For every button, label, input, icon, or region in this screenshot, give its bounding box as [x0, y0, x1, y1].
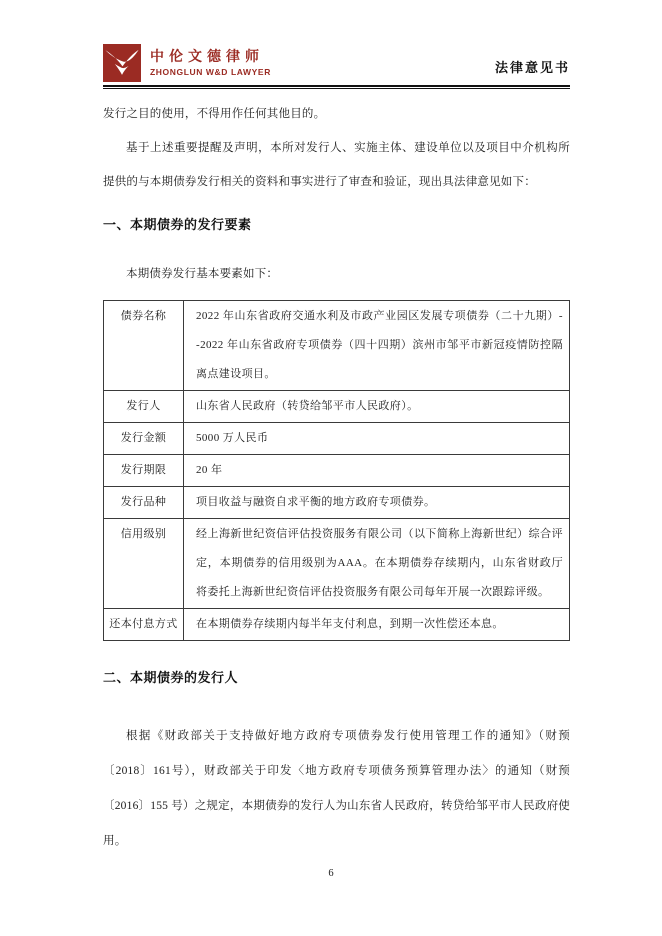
row-label: 债券名称: [104, 301, 184, 391]
table-row: 信用级别 经上海新世纪资信评估投资服务有限公司（以下简称上海新世纪）综合评定，本…: [104, 519, 570, 609]
row-label: 发行金额: [104, 423, 184, 455]
row-label: 还本付息方式: [104, 609, 184, 641]
table-row: 还本付息方式 在本期债券存续期内每半年支付利息，到期一次性偿还本息。: [104, 609, 570, 641]
row-value: 20 年: [184, 455, 570, 487]
section-2-paragraph: 根据《财政部关于支持做好地方政府专项债券发行使用管理工作的通知》（财预〔2018…: [103, 719, 570, 859]
row-value: 在本期债券存续期内每半年支付利息，到期一次性偿还本息。: [184, 609, 570, 641]
row-value: 2022 年山东省政府交通水利及市政产业园区发展专项债券（二十九期）--2022…: [184, 301, 570, 391]
page-footer: 6: [0, 863, 662, 881]
section-2-heading: 二、本期债券的发行人: [103, 668, 570, 688]
row-value: 项目收益与融资自求平衡的地方政府专项债券。: [184, 487, 570, 519]
row-label: 发行期限: [104, 455, 184, 487]
table-row: 发行品种 项目收益与融资自求平衡的地方政府专项债券。: [104, 487, 570, 519]
document-page: { "page": { "colors": { "brand": "#9b2b2…: [0, 0, 662, 936]
intro-paragraph-continuation: 发行之目的使用，不得用作任何其他目的。: [103, 97, 570, 131]
intro-paragraph: 基于上述重要提醒及声明，本所对发行人、实施主体、建设单位以及项目中介机构所提供的…: [103, 131, 570, 199]
row-label: 发行人: [104, 391, 184, 423]
page-number: 6: [328, 868, 333, 879]
row-label: 发行品种: [104, 487, 184, 519]
firm-name-block: 中伦文德律师 ZHONGLUN W&D LAWYER: [150, 49, 271, 78]
firm-name-en: ZHONGLUN W&D LAWYER: [150, 66, 271, 78]
table-row: 债券名称 2022 年山东省政府交通水利及市政产业园区发展专项债券（二十九期）-…: [104, 301, 570, 391]
row-label: 信用级别: [104, 519, 184, 609]
header-divider: [103, 85, 570, 89]
firm-name-cn: 中伦文德律师: [150, 49, 271, 66]
table-row: 发行人 山东省人民政府（转贷给邹平市人民政府）。: [104, 391, 570, 423]
section-1-heading: 一、本期债券的发行要素: [103, 215, 570, 235]
bird-logo-icon: [103, 44, 141, 82]
page-header: 中伦文德律师 ZHONGLUN W&D LAWYER 法律意见书: [103, 44, 570, 82]
row-value: 山东省人民政府（转贷给邹平市人民政府）。: [184, 391, 570, 423]
document-type-label: 法律意见书: [495, 57, 570, 82]
page-content: 中伦文德律师 ZHONGLUN W&D LAWYER 法律意见书 发行之目的使用…: [103, 44, 570, 859]
bond-elements-table: 债券名称 2022 年山东省政府交通水利及市政产业园区发展专项债券（二十九期）-…: [103, 300, 570, 641]
row-value: 经上海新世纪资信评估投资服务有限公司（以下简称上海新世纪）综合评定，本期债券的信…: [184, 519, 570, 609]
row-value: 5000 万人民币: [184, 423, 570, 455]
firm-logo: 中伦文德律师 ZHONGLUN W&D LAWYER: [103, 44, 271, 82]
table-row: 发行期限 20 年: [104, 455, 570, 487]
table-lead-line: 本期债券发行基本要素如下：: [103, 257, 570, 291]
table-row: 发行金额 5000 万人民币: [104, 423, 570, 455]
